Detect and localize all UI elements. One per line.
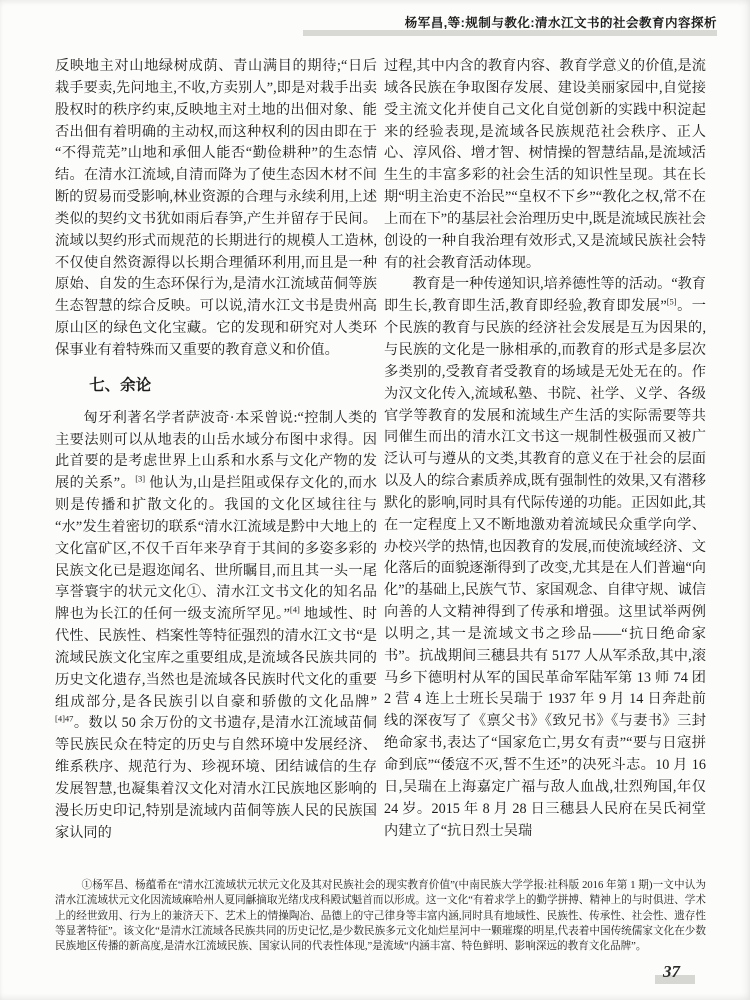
paragraph-social-education-continuation: 过程,其中内含的教育内容、教育学意义的价值,是流域各民族在争取图存发展、建设美丽… (384, 56, 706, 274)
header-rule (303, 30, 717, 36)
right-column: 过程,其中内含的教育内容、教育学意义的价值,是流域各民族在争取图存发展、建设美丽… (384, 56, 706, 842)
left-column: 反映地主对山地绿树成荫、青山满目的期待;“日后栽手要卖,先问地主,不收,方卖别人… (55, 56, 377, 845)
page-number: 37 (663, 962, 680, 982)
running-title: 杨军昌,等:规制与教化:清水江文书的社会教育内容探析 (405, 13, 717, 31)
paragraph-education-function: 教育是一种传递知识,培养德性等的活动。“教育即生长,教育即生活,教育即经验,教育… (384, 274, 706, 842)
section-heading-conclusion: 七、余论 (55, 375, 377, 397)
footnote-zhuangyuan-culture: ①杨军昌、杨蕴希在“清水江流域状元状元文化及其对民族社会的现实教育价值”(中南民… (55, 878, 706, 954)
paragraph-ecology-continuation: 反映地主对山地绿树成荫、青山满目的期待;“日后栽手要卖,先问地主,不收,方卖别人… (55, 56, 377, 362)
journal-page: 杨军昌,等:规制与教化:清水江文书的社会教育内容探析 反映地主对山地绿树成荫、青… (0, 0, 750, 1000)
paragraph-culture-water: 匈牙利著名学者萨波奇·本采曾说:“控制人类的主要法则可以从地表的山岳水域分布图中… (55, 408, 377, 845)
